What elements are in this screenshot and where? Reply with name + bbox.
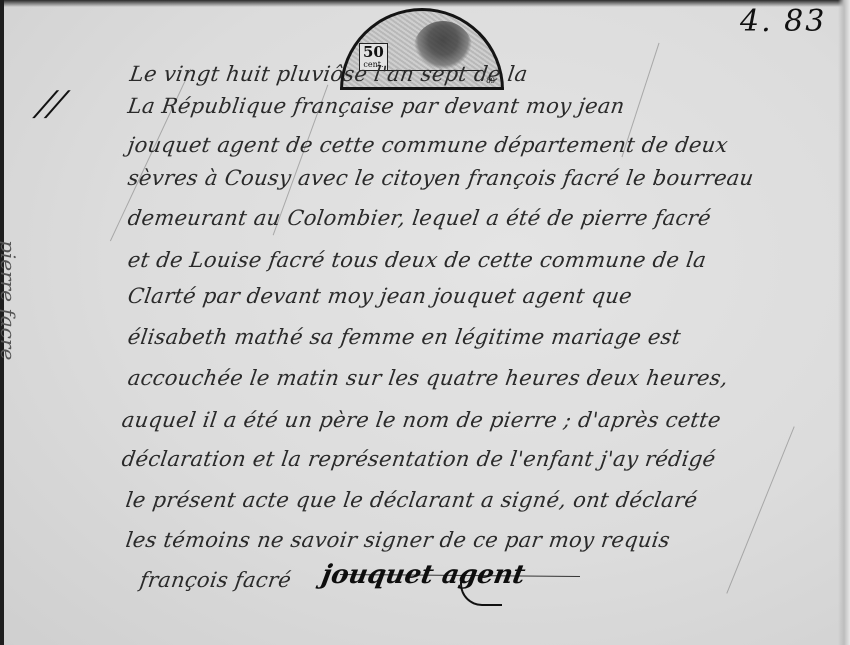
text-line: Clarté par devant moy jean jouquet agent… xyxy=(126,284,633,308)
text-line: La République française par devant moy j… xyxy=(126,94,626,118)
text-line: Le vingt huit pluviôse l'an sept de la xyxy=(128,62,529,86)
text-line: sèvres à Cousy avec le citoyen françois … xyxy=(126,166,755,190)
text-line: le présent acte que le déclarant a signé… xyxy=(124,488,699,512)
margin-mark: // xyxy=(33,84,70,124)
scan-edge-top xyxy=(0,0,850,7)
signature-flourish xyxy=(460,582,502,606)
text-line: élisabeth mathé sa femme en légitime mar… xyxy=(126,325,682,349)
text-line: demeurant au Colombier, lequel a été de … xyxy=(126,206,712,230)
text-line: accouchée le matin sur les quatre heures… xyxy=(126,366,729,390)
document-page: 50 cent. 89 4. 83 // pierre facre Le vin… xyxy=(0,0,850,645)
margin-name: pierre facre xyxy=(0,240,20,440)
text-line: et de Louise facré tous deux de cette co… xyxy=(126,248,708,272)
text-line: déclaration et la représentation de l'en… xyxy=(120,447,717,471)
scan-edge-right xyxy=(838,0,850,645)
text-line: jouquet agent de cette commune départeme… xyxy=(126,133,729,157)
text-line: françois facré xyxy=(138,568,293,592)
text-line: les témoins ne savoir signer de ce par m… xyxy=(124,528,671,552)
text-line: auquel il a été un père le nom de pierre… xyxy=(120,408,722,432)
folio-number: 4. 83 xyxy=(740,4,826,39)
